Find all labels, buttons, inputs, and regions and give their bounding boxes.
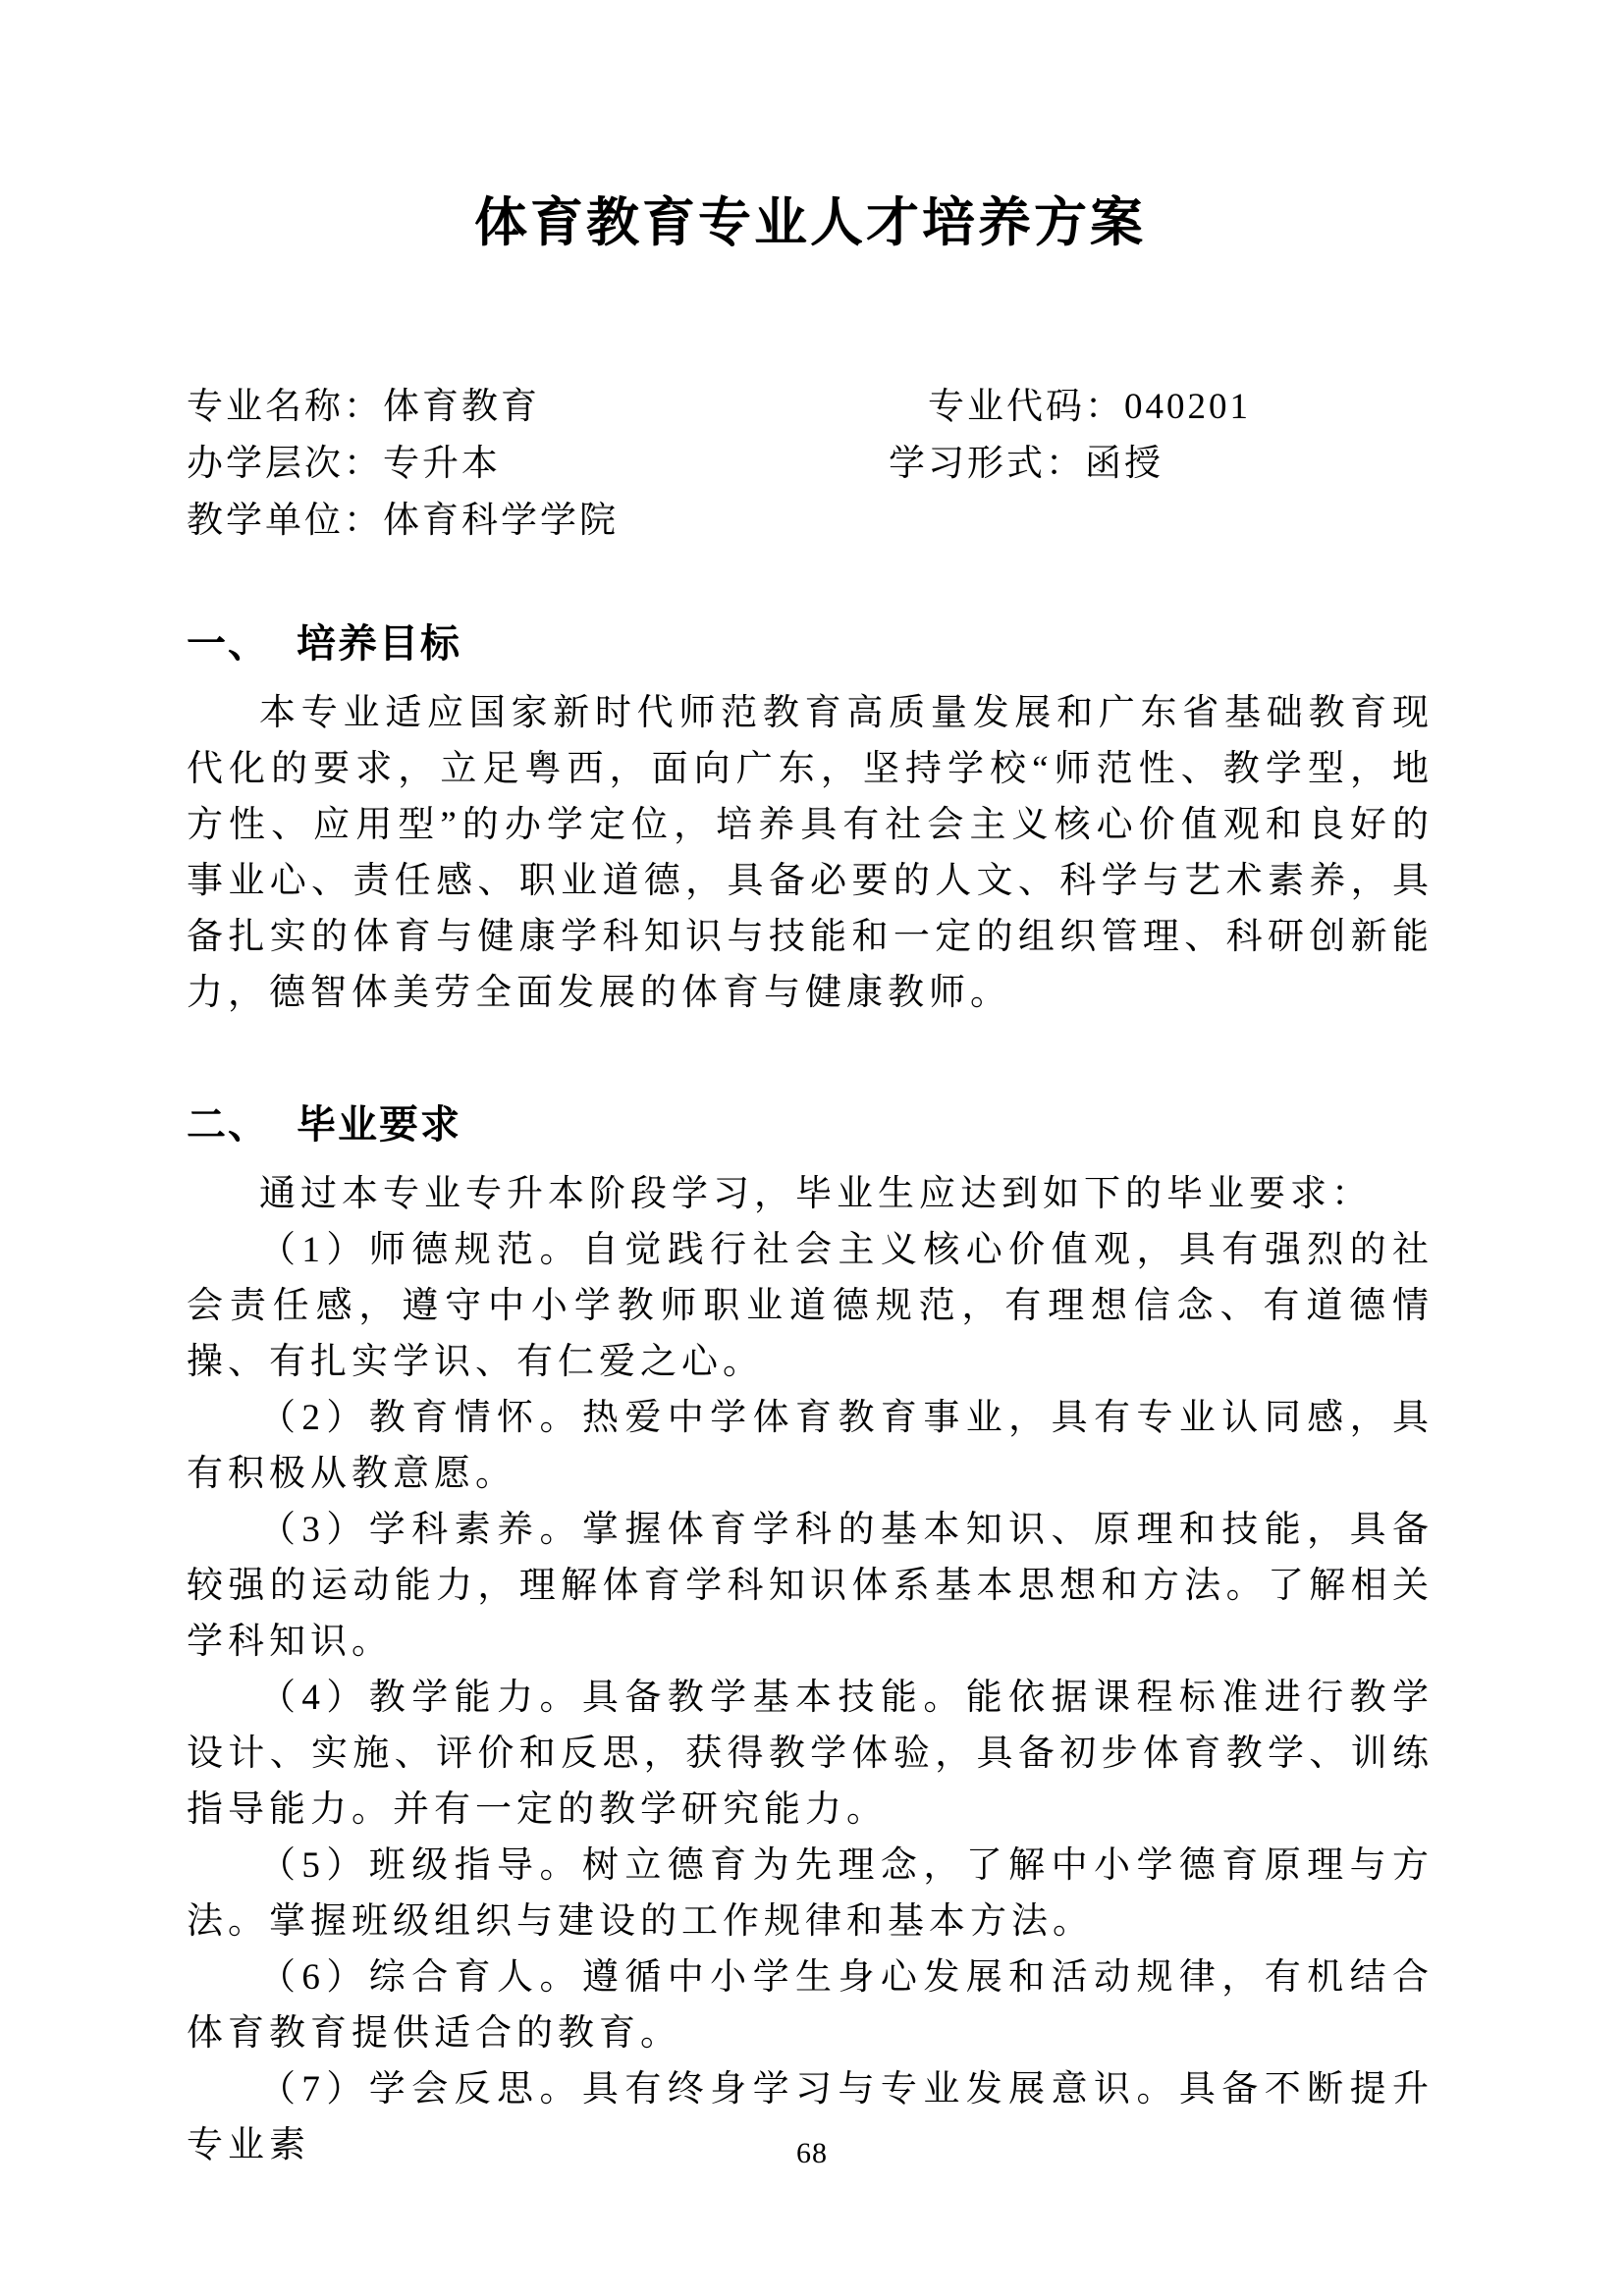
meta-value: 040201 <box>1124 387 1251 427</box>
paragraph: （5）班级指导。树立德育为先理念，了解中小学德育原理与方法。掌握班级组织与建设的… <box>187 1838 1434 1949</box>
meta-label: 学习形式： <box>889 444 1085 484</box>
meta-row: 专业名称：体育教育 专业代码：040201 <box>187 379 1434 436</box>
heading-text: 毕业要求 <box>297 1103 461 1147</box>
page-footer: 68 <box>0 2137 1624 2170</box>
paragraph: （6）综合育人。遵循中小学生身心发展和活动规律，有机结合体育教育提供适合的教育。 <box>187 1949 1434 2061</box>
meta-row: 教学单位：体育科学学院 <box>187 493 1434 550</box>
meta-item-education-level: 办学层次：专升本 <box>187 436 889 493</box>
meta-item-major-name: 专业名称：体育教育 <box>187 379 889 436</box>
paragraph: （2）教育情怀。热爱中学体育教育事业，具有专业认同感，具有积极从教意愿。 <box>187 1390 1434 1502</box>
page-number: 68 <box>796 2137 828 2169</box>
meta-value: 体育教育 <box>383 387 540 427</box>
meta-item-study-form: 学习形式：函授 <box>889 436 1164 493</box>
section-graduation-requirements: 二、毕业要求 通过本专业专升本阶段学习，毕业生应达到如下的毕业要求： （1）师德… <box>187 1099 1434 2173</box>
paragraph: （4）教学能力。具备教学基本技能。能依据课程标准进行教学设计、实施、评价和反思，… <box>187 1670 1434 1838</box>
section-heading: 二、毕业要求 <box>187 1099 1434 1150</box>
paragraph: （1）师德规范。自觉践行社会主义核心价值观，具有强烈的社会责任感，遵守中小学教师… <box>187 1222 1434 1390</box>
heading-text: 培养目标 <box>297 622 461 666</box>
section-heading: 一、培养目标 <box>187 618 1434 669</box>
meta-label: 专业名称： <box>187 387 383 427</box>
meta-label: 教学单位： <box>187 501 383 541</box>
meta-label: 专业代码： <box>928 387 1124 427</box>
meta-block: 专业名称：体育教育 专业代码：040201 办学层次：专升本 学习形式：函授 教… <box>187 379 1434 550</box>
paragraph: （3）学科素养。掌握体育学科的基本知识、原理和技能，具备较强的运动能力，理解体育… <box>187 1502 1434 1670</box>
meta-label: 办学层次： <box>187 444 383 484</box>
paragraph: 本专业适应国家新时代师范教育高质量发展和广东省基础教育现代化的要求，立足粤西，面… <box>187 685 1434 1021</box>
meta-value: 专升本 <box>383 444 501 484</box>
meta-item-teaching-unit: 教学单位：体育科学学院 <box>187 493 889 550</box>
section-training-objectives: 一、培养目标 本专业适应国家新时代师范教育高质量发展和广东省基础教育现代化的要求… <box>187 618 1434 1021</box>
meta-row: 办学层次：专升本 学习形式：函授 <box>187 436 1434 493</box>
meta-item-major-code: 专业代码：040201 <box>928 379 1251 436</box>
meta-value: 函授 <box>1085 444 1164 484</box>
meta-value: 体育科学学院 <box>383 501 619 541</box>
page-title: 体育教育专业人才培养方案 <box>187 192 1434 253</box>
paragraph: 通过本专业专升本阶段学习，毕业生应达到如下的毕业要求： <box>187 1166 1434 1222</box>
heading-numeral: 二、 <box>187 1103 269 1147</box>
document-page: 体育教育专业人才培养方案 专业名称：体育教育 专业代码：040201 办学层次：… <box>0 0 1624 2296</box>
heading-numeral: 一、 <box>187 622 269 666</box>
